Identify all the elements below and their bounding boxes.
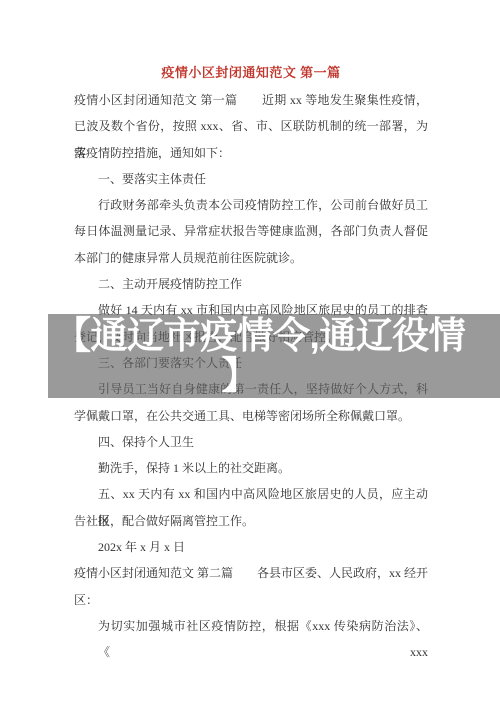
- doc-line: 已波及数个省份，按照 xxx、省、市、区联防机制的统一部署，为落: [74, 113, 428, 139]
- watermark-text-line2: 】: [48, 356, 432, 396]
- document-title: 疫情小区封闭通知范文 第一篇: [74, 58, 428, 87]
- doc-line: 疫情小区封闭通知范文 第一篇 近期 xx 等地发生聚集性疫情，: [74, 87, 428, 113]
- doc-line: 四、保持个人卫生: [74, 429, 428, 455]
- doc-line: 五、xx 天内有 xx 和国内中高风险地区旅居史的人员，应主动报: [74, 481, 428, 507]
- doc-line: 为切实加强城市社区疫情防控，根据《xxx 传染病防治法》、《xxx: [74, 613, 428, 639]
- doc-line: 区：: [74, 587, 428, 613]
- doc-line: 学佩戴口罩，在公共交通工具、电梯等密闭场所全称佩戴口罩。: [74, 403, 428, 429]
- doc-line: 疫情小区封闭通知范文 第二篇 各县市区委、人民政府，xx 经开: [74, 560, 428, 586]
- doc-line: 202x 年 x 月 x 日: [74, 534, 428, 560]
- watermark-overlay: 【通辽市疫情令,通辽役情 】: [48, 314, 500, 398]
- doc-line: 一、要落实主体责任: [74, 166, 428, 192]
- doc-line: 行政财务部牵头负责本公司疫情防控工作，公司前台做好员工: [74, 192, 428, 218]
- doc-line: 本部门的健康异常人员规范前往医院就诊。: [74, 245, 428, 271]
- doc-line: 实疫情防控措施，通知如下：: [74, 140, 428, 166]
- watermark-text-line1: 【通辽市疫情令,通辽役情: [48, 314, 500, 356]
- doc-line: 勤洗手，保持 1 米以上的社交距离。: [74, 455, 428, 481]
- page: 疫情小区封闭通知范文 第一篇 疫情小区封闭通知范文 第一篇 近期 xx 等地发生…: [0, 0, 500, 706]
- doc-line: 二、主动开展疫情防控工作: [74, 271, 428, 297]
- doc-line: 每日体温测量记录、异常症状报告等健康监测，各部门负责人督促: [74, 218, 428, 244]
- doc-line: 告社区，配合做好隔离管控工作。: [74, 508, 428, 534]
